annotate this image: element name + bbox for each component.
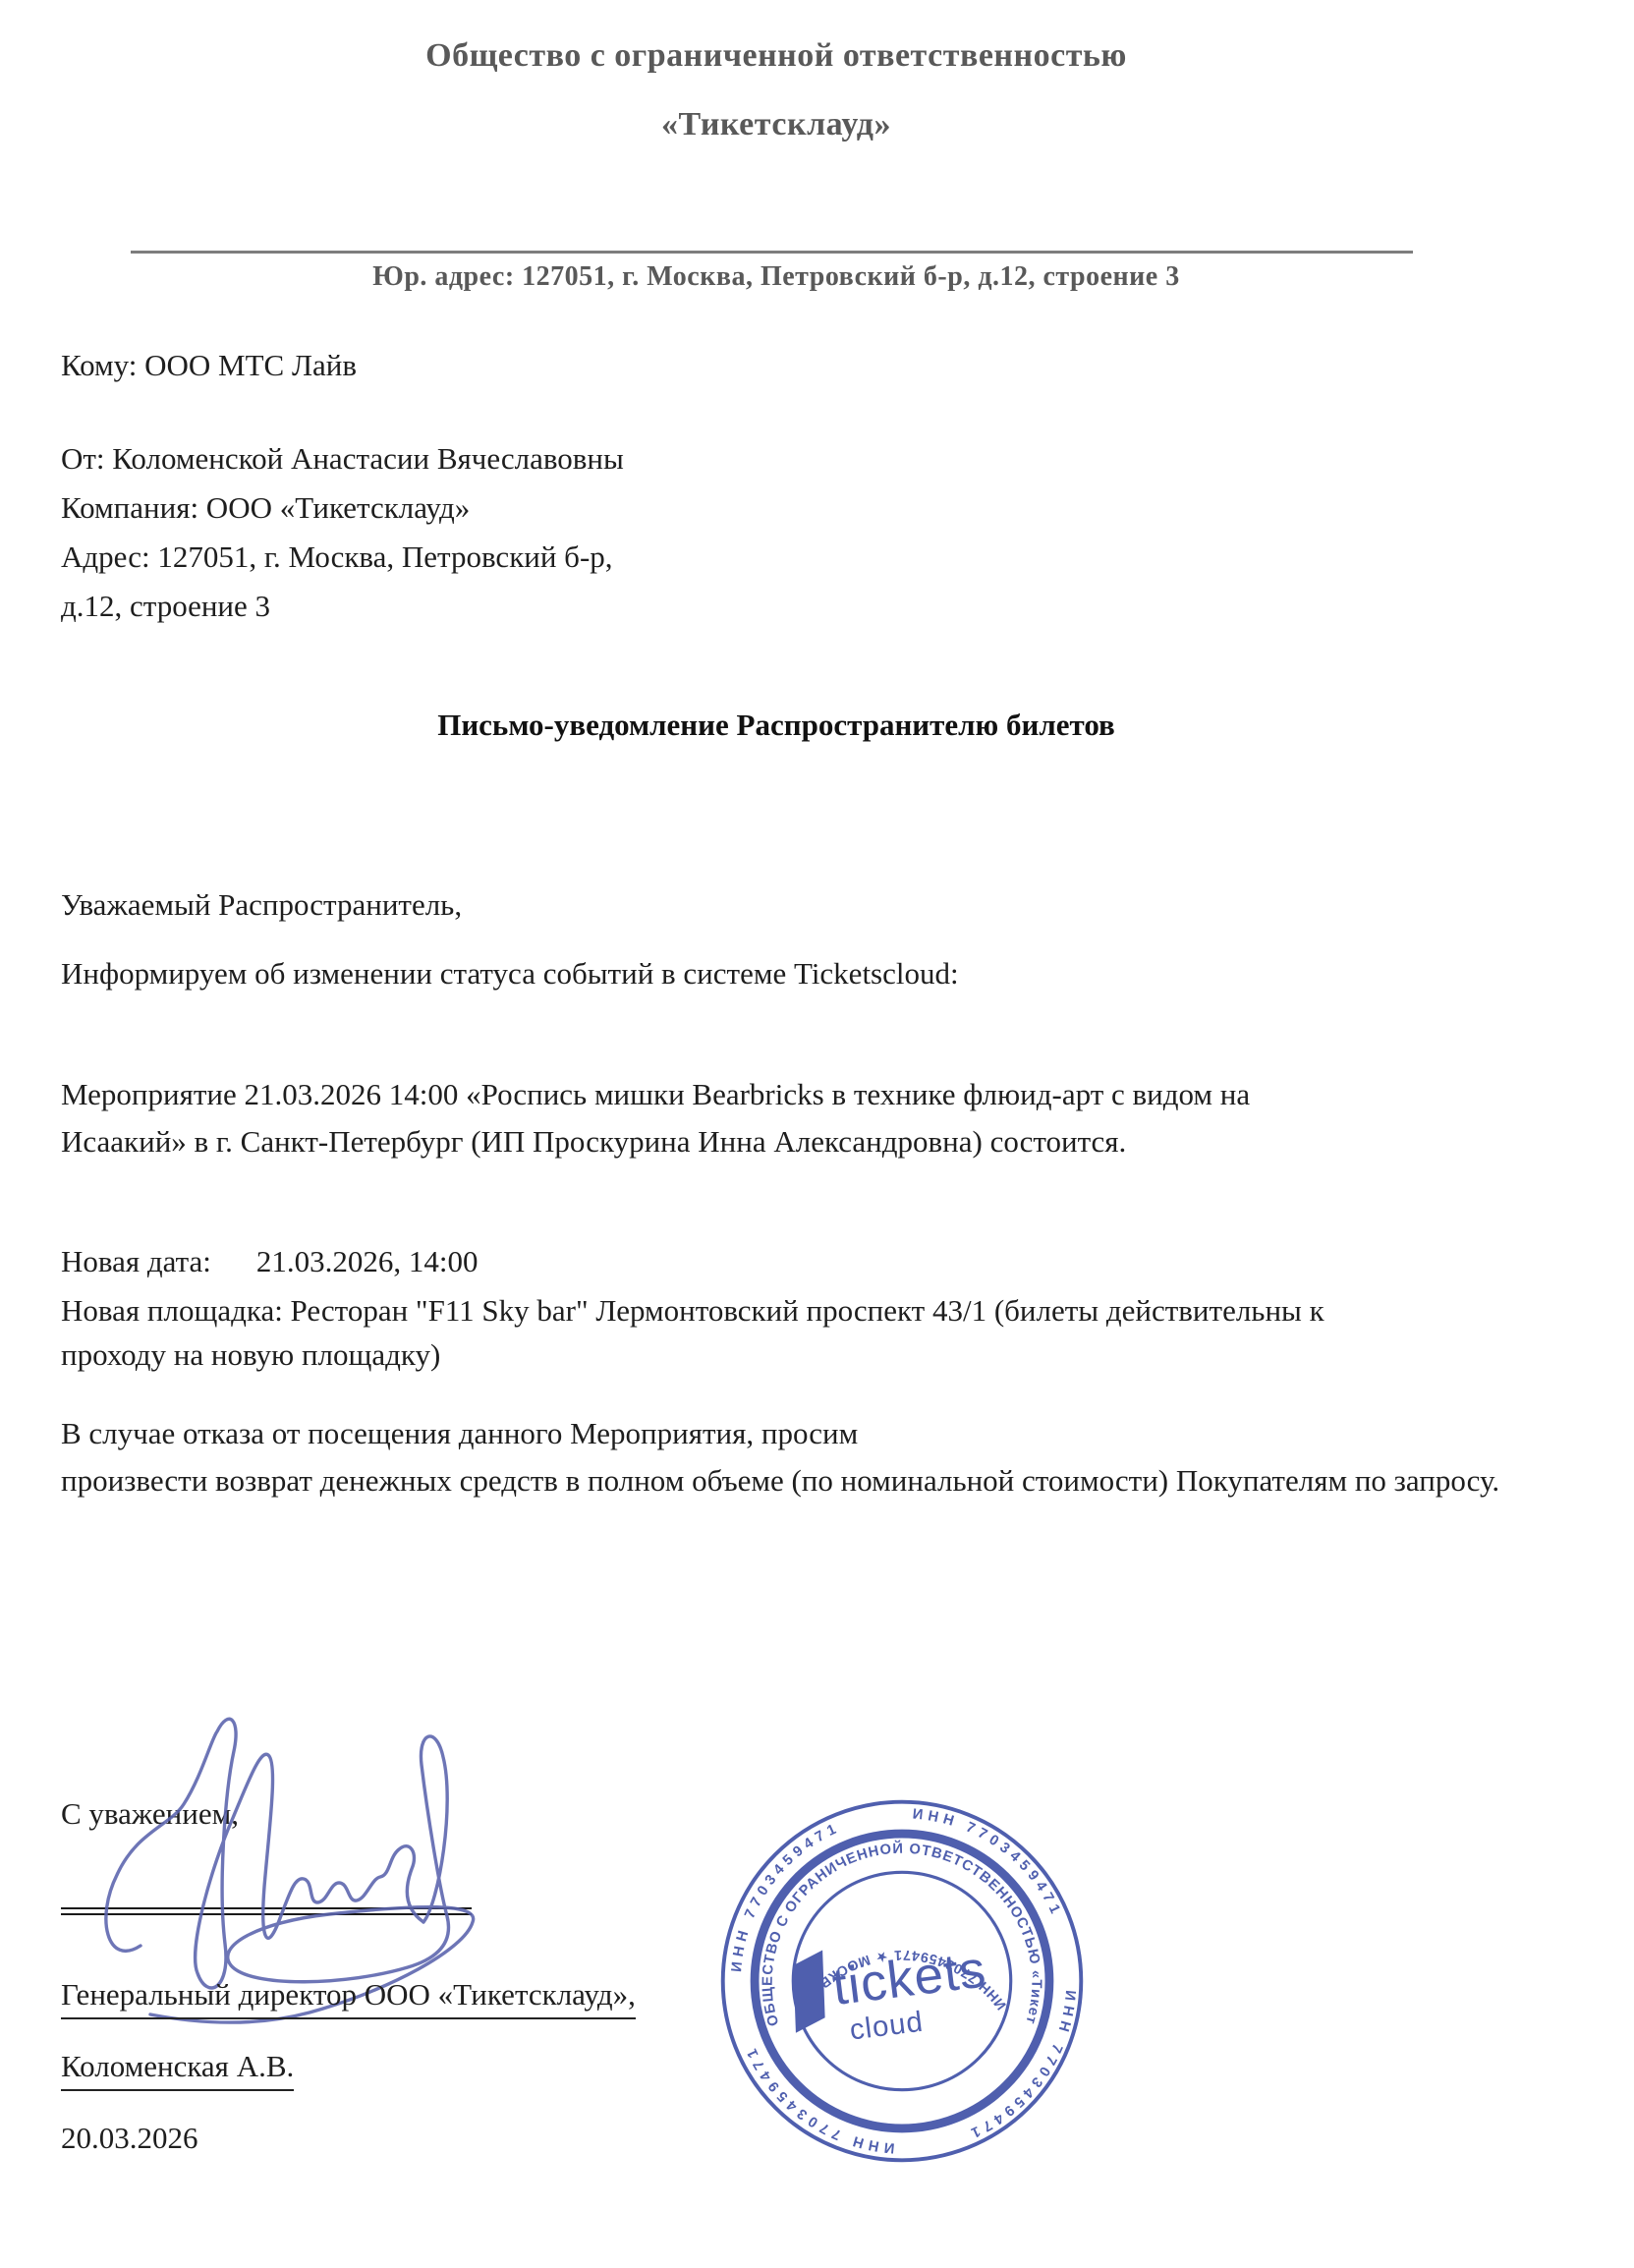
sender-address-line-1: Адрес: 127051, г. Москва, Петровский б-р… xyxy=(61,539,613,575)
refund-paragraph-line-2: произвести возврат денежных средств в по… xyxy=(61,1463,1499,1499)
recipient-line: Кому: ООО МТС Лайв xyxy=(61,348,357,383)
stamp-svg: ИНН 7703459471 ИНН 7703459471 ИНН 770345… xyxy=(709,1788,1095,2174)
new-date-line: Новая дата:21.03.2026, 14:00 xyxy=(61,1244,479,1279)
signature-rule-bottom xyxy=(61,1913,472,1915)
signer-name-text: Коломенская А.В. xyxy=(61,2049,294,2091)
director-line: Генеральный директор ООО «Тикетсклауд», xyxy=(61,1977,636,2019)
org-name-heading: «Тикетсклауд» xyxy=(39,106,1513,143)
letter-date: 20.03.2026 xyxy=(61,2121,198,2156)
letterhead-divider xyxy=(131,251,1413,254)
sender-company-line: Компания: ООО «Тикетсклауд» xyxy=(61,490,470,526)
letter-title: Письмо-уведомление Распространителю биле… xyxy=(39,708,1513,743)
new-date-label: Новая дата: xyxy=(61,1244,211,1278)
event-paragraph-line-2: Исаакий» в г. Санкт-Петербург (ИП Проску… xyxy=(61,1124,1126,1160)
stamp-logo-tickets: tickets xyxy=(829,1940,989,2016)
signature-rule-top xyxy=(61,1907,472,1909)
org-type-heading: Общество с ограниченной ответственностью xyxy=(39,37,1513,75)
new-date-value: 21.03.2026, 14:00 xyxy=(256,1244,479,1278)
legal-address: Юр. адрес: 127051, г. Москва, Петровский… xyxy=(39,261,1513,293)
sender-line: От: Коломенской Анастасии Вячеславовны xyxy=(61,441,624,477)
letter-page: Общество с ограниченной ответственностью… xyxy=(0,0,1634,2268)
intro-paragraph: Информируем об изменении статуса событий… xyxy=(61,956,959,992)
signer-name-line: Коломенская А.В. xyxy=(61,2049,294,2091)
director-title-text: Генеральный директор ООО «Тикетсклауд», xyxy=(61,1977,636,2019)
company-stamp: ИНН 7703459471 ИНН 7703459471 ИНН 770345… xyxy=(709,1788,1095,2174)
sender-address-line-2: д.12, строение 3 xyxy=(61,589,270,624)
refund-paragraph-line-1: В случае отказа от посещения данного Мер… xyxy=(61,1416,858,1451)
closing-line: С уважением, xyxy=(61,1796,239,1832)
venue-paragraph-line-2: проходу на новую площадку) xyxy=(61,1337,440,1373)
event-paragraph-line-1: Мероприятие 21.03.2026 14:00 «Роспись ми… xyxy=(61,1077,1250,1112)
venue-paragraph-line-1: Новая площадка: Ресторан "F11 Sky bar" Л… xyxy=(61,1293,1324,1329)
signature-stroke-main xyxy=(106,1719,423,1988)
salutation: Уважаемый Распространитель, xyxy=(61,887,462,923)
